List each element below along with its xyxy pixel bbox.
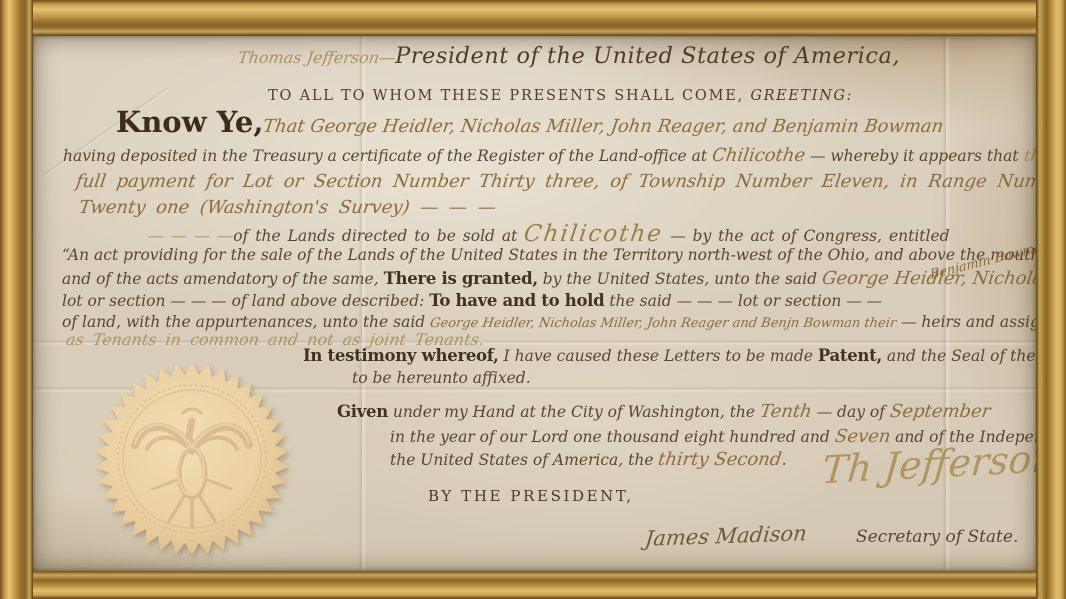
- body-8-part-1: George Heidler, Nicholas Miller, John Re…: [429, 317, 897, 332]
- secretary-of-state-part-0: Secretary of State.: [856, 527, 1018, 547]
- given-3-part-1: thirty Second: [657, 450, 783, 471]
- given-1-part-3: — day of: [812, 403, 890, 421]
- testimony-1: In testimony whereof, I have caused thes…: [303, 347, 1066, 366]
- body-5-part-0: “An act providing for the sale of the La…: [62, 246, 1066, 264]
- know-ye-part-1: That George Heidler, Nicholas Miller, Jo…: [262, 117, 945, 138]
- docket-title-part-0: Thomas Jefferson: [237, 49, 381, 67]
- body-1-part-1: Chilicothe: [711, 146, 807, 167]
- body-2: full payment for Lot or Section Number T…: [76, 172, 1066, 193]
- body-6-part-0: and of the acts amendatory of the same,: [62, 270, 384, 288]
- testimony-1-part-2: Patent,: [818, 346, 882, 365]
- salutation: TO ALL TO WHOM THESE PRESENTS SHALL COME…: [268, 86, 853, 105]
- docket-title: Thomas Jefferson — President of the Unit…: [238, 44, 900, 70]
- framed-land-patent-photo: { "artifact": { "type": "framed historic…: [0, 0, 1066, 599]
- body-6-part-2: by the United States, unto the said: [538, 270, 822, 288]
- embossed-paper-seal: [93, 361, 291, 557]
- body-1: having deposited in the Treasury a certi…: [63, 146, 1066, 167]
- given-1-part-4: September: [888, 402, 991, 423]
- testimony-2-part-0: to be hereunto affixed.: [352, 369, 531, 387]
- body-2-part-0: full payment for Lot or Section Number T…: [75, 172, 1066, 193]
- body-3: Twenty one (Washington's Survey) — — —: [79, 198, 496, 219]
- body-4-part-2: Chilicothe: [522, 221, 665, 247]
- testimony-1-part-1: I have caused these Letters to be made: [499, 347, 818, 365]
- body-7-part-1: To have and to hold: [429, 291, 604, 310]
- by-president: BY THE PRESIDENT,: [428, 487, 634, 505]
- given-3: the United States of America, the thirty…: [390, 450, 787, 471]
- know-ye-part-0: Know Ye,: [116, 105, 263, 139]
- salutation-part-1: GREETING:: [750, 88, 853, 104]
- gilt-frame-right: [1036, 0, 1066, 599]
- body-4-part-3: — by the act of Congress, entitled: [663, 227, 949, 245]
- given-1-part-0: Given: [337, 402, 388, 421]
- gilt-frame-bottom: [0, 571, 1066, 599]
- given-1-part-1: under my Hand at the City of Washington,…: [388, 403, 760, 421]
- body-8-part-0: of land, with the appurtenances, unto th…: [62, 313, 430, 331]
- body-1-part-0: having deposited in the Treasury a certi…: [63, 147, 712, 165]
- body-3-part-0: Twenty one (Washington's Survey) — — —: [78, 198, 498, 219]
- testimony-1-part-0: In testimony whereof,: [303, 346, 499, 365]
- body-4: — — — — of the Lands directed to be sold…: [148, 221, 950, 247]
- know-ye: Know Ye, That George Heidler, Nicholas M…: [116, 106, 944, 139]
- body-7-part-2: the said — — — lot or section — —: [604, 292, 882, 310]
- docket-title-part-1: —: [378, 49, 397, 67]
- body-1-part-2: — whereby it appears that: [805, 147, 1023, 165]
- body-7: lot or section — — — of land above descr…: [62, 292, 882, 311]
- by-president-part-0: BY THE PRESIDENT,: [428, 487, 634, 505]
- gilt-frame-left: [0, 0, 33, 599]
- body-6: and of the acts amendatory of the same, …: [62, 269, 1066, 290]
- fold-crease-vertical-right: [942, 0, 950, 599]
- salutation-part-0: TO ALL TO WHOM THESE PRESENTS SHALL COME…: [268, 88, 750, 104]
- testimony-2: to be hereunto affixed.: [352, 369, 531, 388]
- secretary-of-state: Secretary of State.: [856, 528, 1018, 548]
- body-7-part-0: lot or section — — — of land above descr…: [62, 292, 429, 310]
- given-1-part-2: Tenth: [759, 402, 814, 423]
- body-6-part-1: There is granted,: [384, 269, 538, 288]
- gilt-frame-top: [0, 0, 1066, 36]
- body-5: “An act providing for the sale of the La…: [62, 246, 1066, 265]
- body-4-part-0: — — — —: [147, 227, 235, 245]
- docket-title-part-2: President of the United States of Americ…: [395, 43, 900, 69]
- body-4-part-1: of the Lands directed to be sold at: [233, 227, 524, 245]
- given-3-part-0: the United States of America, the: [390, 451, 658, 469]
- given-1: Given under my Hand at the City of Washi…: [337, 402, 990, 423]
- given-3-part-2: .: [782, 451, 787, 469]
- given-2-part-0: in the year of our Lord one thousand eig…: [390, 428, 835, 446]
